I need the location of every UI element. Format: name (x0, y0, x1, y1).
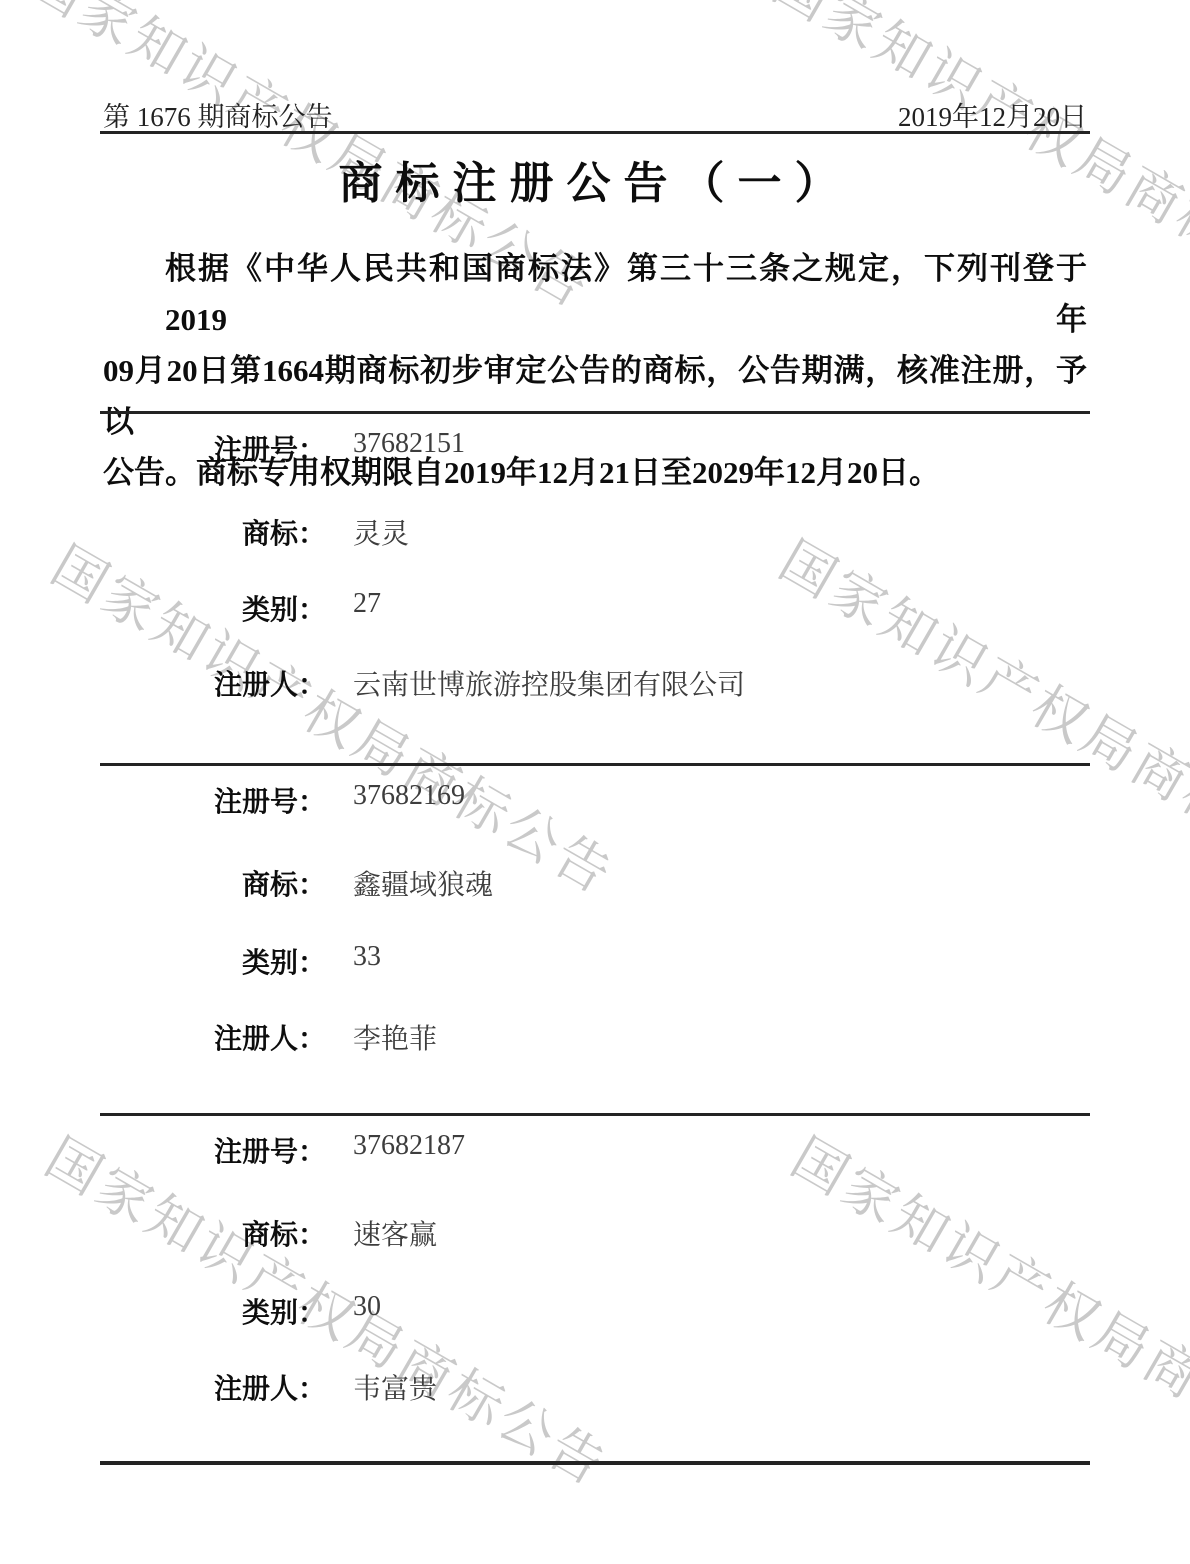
category-label: 类别： (100, 588, 326, 628)
registrant-label: 注册人： (100, 1017, 326, 1057)
registrant-value: 韦富贵 (353, 1367, 437, 1407)
watermark-text: 国家知识产权局商标公告 (780, 1116, 1190, 1502)
trademark-label: 商标： (100, 863, 326, 903)
record-divider (100, 763, 1090, 766)
reg-no-label: 注册号： (100, 780, 326, 820)
gazette-issue-number: 第 1676 期商标公告 (103, 95, 333, 134)
category-value: 27 (353, 588, 381, 620)
trademark-label: 商标： (100, 512, 326, 552)
trademark-value: 速客赢 (353, 1213, 437, 1253)
category-value: 33 (353, 941, 381, 973)
gazette-date: 2019年12月20日 (898, 95, 1087, 134)
category-value: 30 (353, 1291, 381, 1323)
registrant-value: 李艳菲 (353, 1017, 437, 1057)
registrant-value: 云南世博旅游控股集团有限公司 (353, 663, 745, 703)
reg-no-value: 37682151 (353, 428, 465, 460)
registrant-label: 注册人： (100, 1367, 326, 1407)
header-rule (100, 131, 1090, 134)
bottom-rule (100, 1461, 1090, 1465)
category-label: 类别： (100, 1291, 326, 1331)
trademark-value: 鑫疆域狼魂 (353, 863, 493, 903)
page-title: 商标注册公告（一） (0, 147, 1190, 211)
trademark-label: 商标： (100, 1213, 326, 1253)
trademark-gazette-page: 国家知识产权局商标公告 国家知识产权局商标公告 国家知识产权局商标公告 国家知识… (0, 0, 1190, 1564)
reg-no-label: 注册号： (100, 1130, 326, 1170)
record-divider (100, 411, 1090, 414)
category-label: 类别： (100, 941, 326, 981)
watermark-text: 国家知识产权局商标公告 (40, 524, 631, 910)
reg-no-value: 37682169 (353, 780, 465, 812)
reg-no-label: 注册号： (100, 428, 326, 468)
registrant-label: 注册人： (100, 663, 326, 703)
trademark-value: 灵灵 (353, 512, 409, 552)
record-divider (100, 1113, 1090, 1116)
reg-no-value: 37682187 (353, 1130, 465, 1162)
watermark-text: 国家知识产权局商标公告 (768, 519, 1190, 905)
intro-line-1: 根据《中华人民共和国商标法》第三十三条之规定，下列刊登于2019年 (103, 243, 1087, 345)
